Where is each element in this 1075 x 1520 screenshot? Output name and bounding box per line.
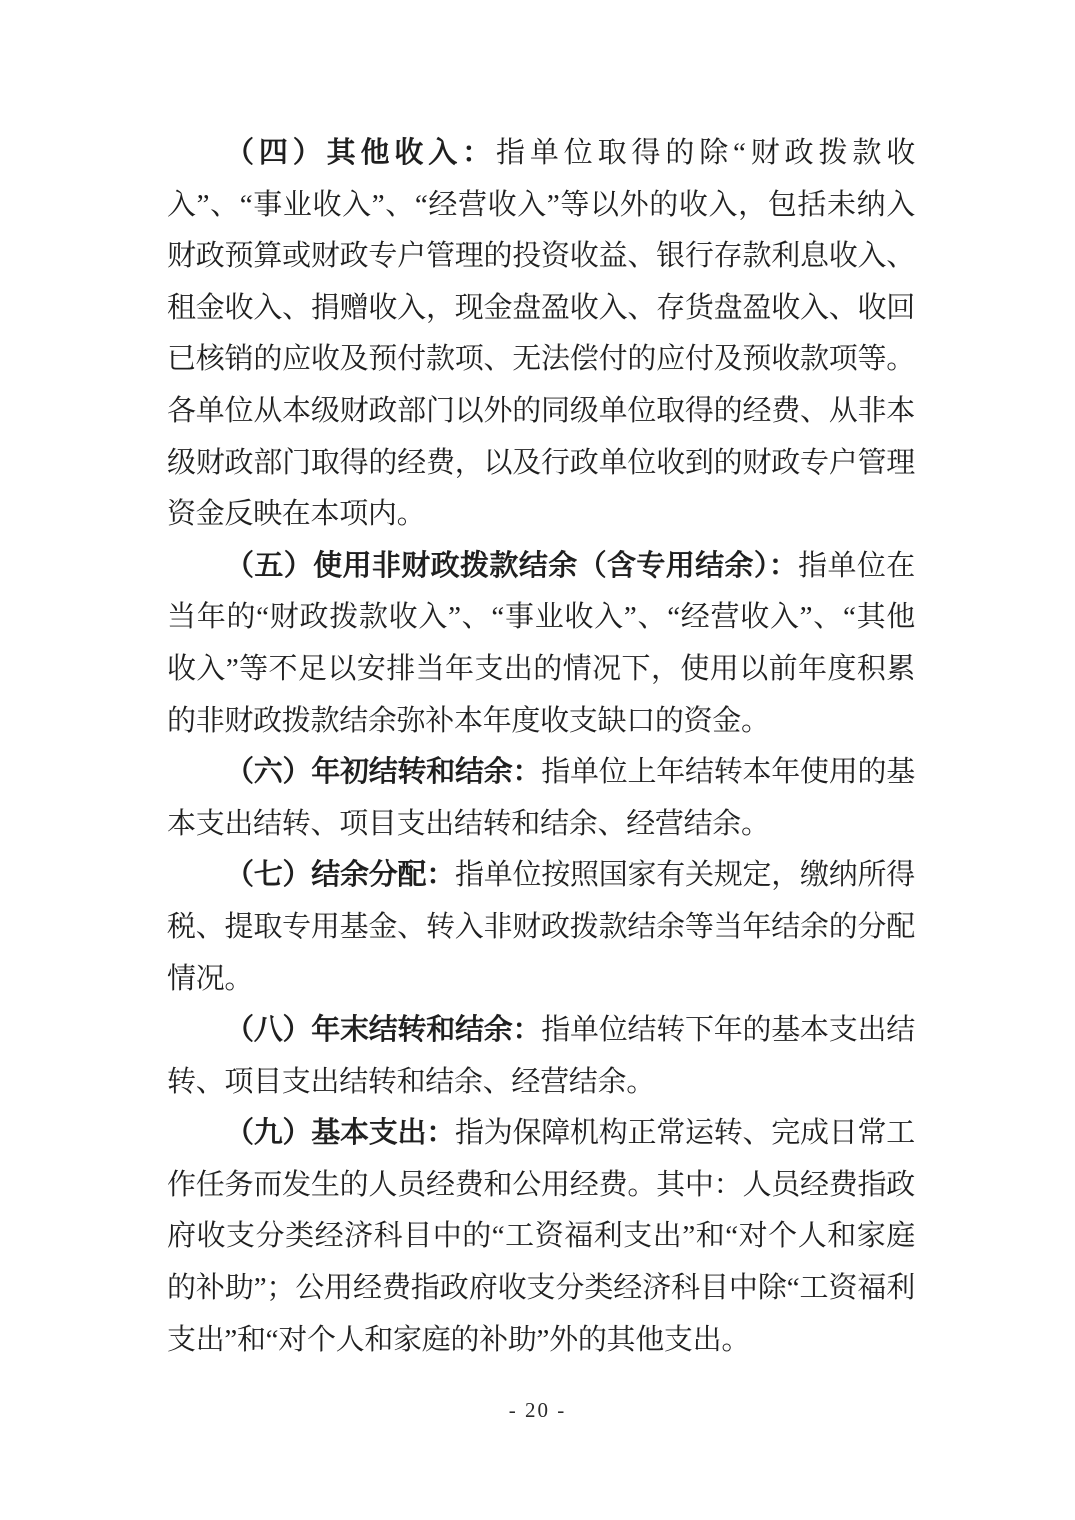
- paragraph: （五）使用非财政拨款结余（含专用结余）：指单位在当年的“财政拨款收入”、“事业收…: [167, 541, 915, 747]
- page-number: - 20 -: [0, 1398, 1075, 1423]
- paragraph-text: 指为保障机构正常运转、完成日常工作任务而发生的人员经费和公用经费。其中：人员经费…: [167, 1117, 915, 1355]
- paragraph-label: （八）年末结转和结余：: [225, 1014, 541, 1046]
- paragraph-label: （五）使用非财政拨款结余（含专用结余）：: [225, 550, 798, 582]
- paragraph-label: （九）基本支出：: [225, 1117, 455, 1149]
- paragraph-label: （四）其他收入：: [225, 137, 496, 169]
- paragraph: （七）结余分配：指单位按照国家有关规定，缴纳所得税、提取专用基金、转入非财政拨款…: [167, 850, 915, 1005]
- paragraph: （八）年末结转和结余：指单位结转下年的基本支出结转、项目支出结转和结余、经营结余…: [167, 1005, 915, 1108]
- document-body: （四）其他收入：指单位取得的除“财政拨款收入”、“事业收入”、“经营收入”等以外…: [167, 128, 915, 1366]
- paragraph: （九）基本支出：指为保障机构正常运转、完成日常工作任务而发生的人员经费和公用经费…: [167, 1108, 915, 1366]
- document-page: （四）其他收入：指单位取得的除“财政拨款收入”、“事业收入”、“经营收入”等以外…: [0, 0, 1075, 1520]
- paragraph-label: （七）结余分配：: [225, 859, 455, 891]
- paragraph: （四）其他收入：指单位取得的除“财政拨款收入”、“事业收入”、“经营收入”等以外…: [167, 128, 915, 541]
- paragraph-label: （六）年初结转和结余：: [225, 756, 541, 788]
- paragraph: （六）年初结转和结余：指单位上年结转本年使用的基本支出结转、项目支出结转和结余、…: [167, 747, 915, 850]
- paragraph-text: 指单位取得的除“财政拨款收入”、“事业收入”、“经营收入”等以外的收入，包括未纳…: [167, 137, 915, 530]
